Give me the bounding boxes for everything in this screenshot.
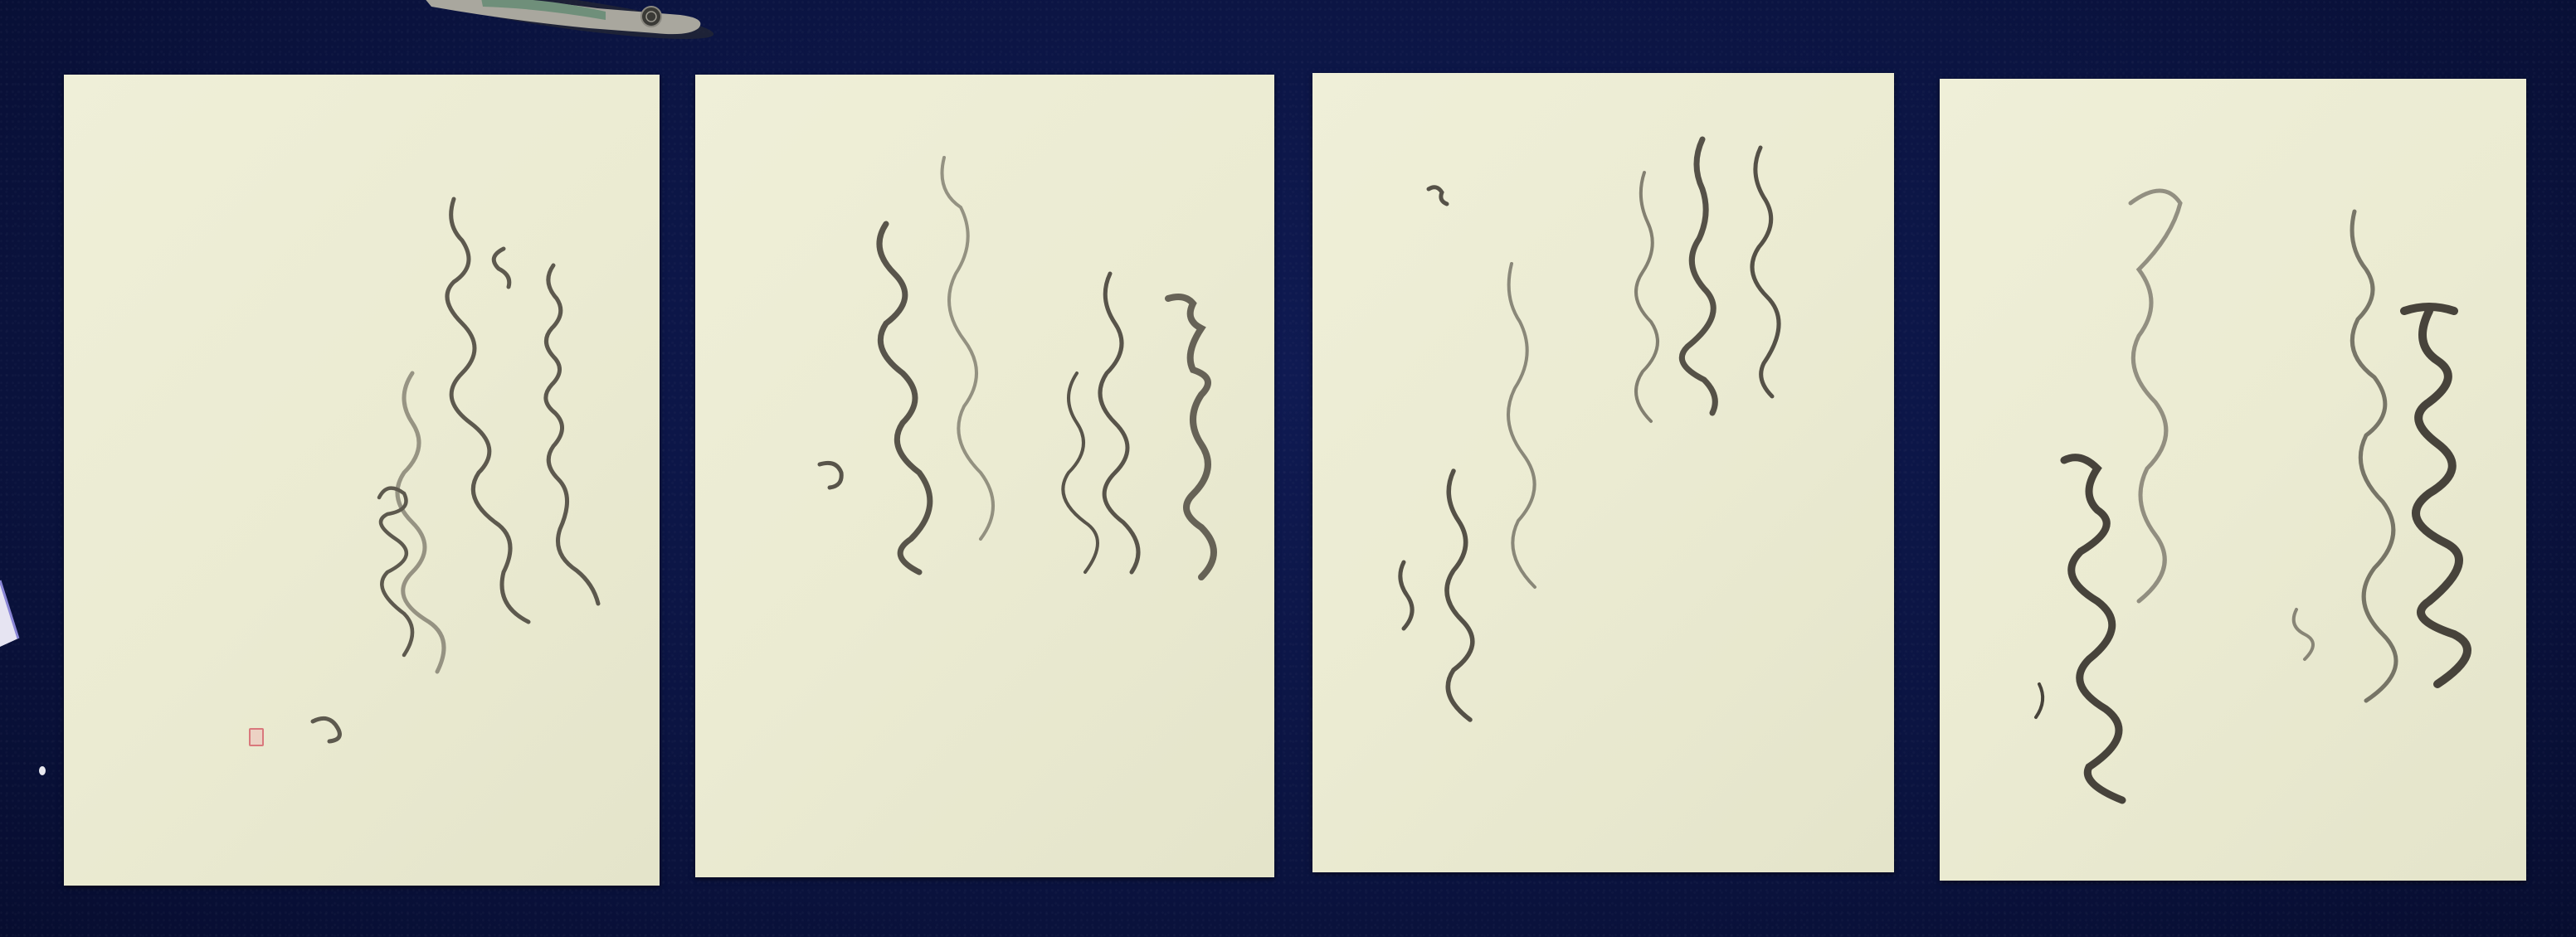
calligraphy-sheet-1 (64, 75, 660, 886)
lint-speck (39, 766, 46, 775)
ink-strokes-sheet-2 (695, 75, 1274, 877)
left-edge-paper-corner (0, 547, 25, 655)
red-seal-stamp (249, 728, 264, 746)
ink-strokes-sheet-3 (1312, 73, 1894, 872)
calligraphy-sheet-4 (1940, 79, 2526, 881)
ink-strokes-sheet-1 (64, 75, 660, 886)
calligraphy-sheet-3 (1312, 73, 1894, 872)
ink-strokes-sheet-4 (1940, 79, 2526, 881)
calligraphy-sheet-2 (695, 75, 1274, 877)
paperweight (407, 0, 713, 40)
